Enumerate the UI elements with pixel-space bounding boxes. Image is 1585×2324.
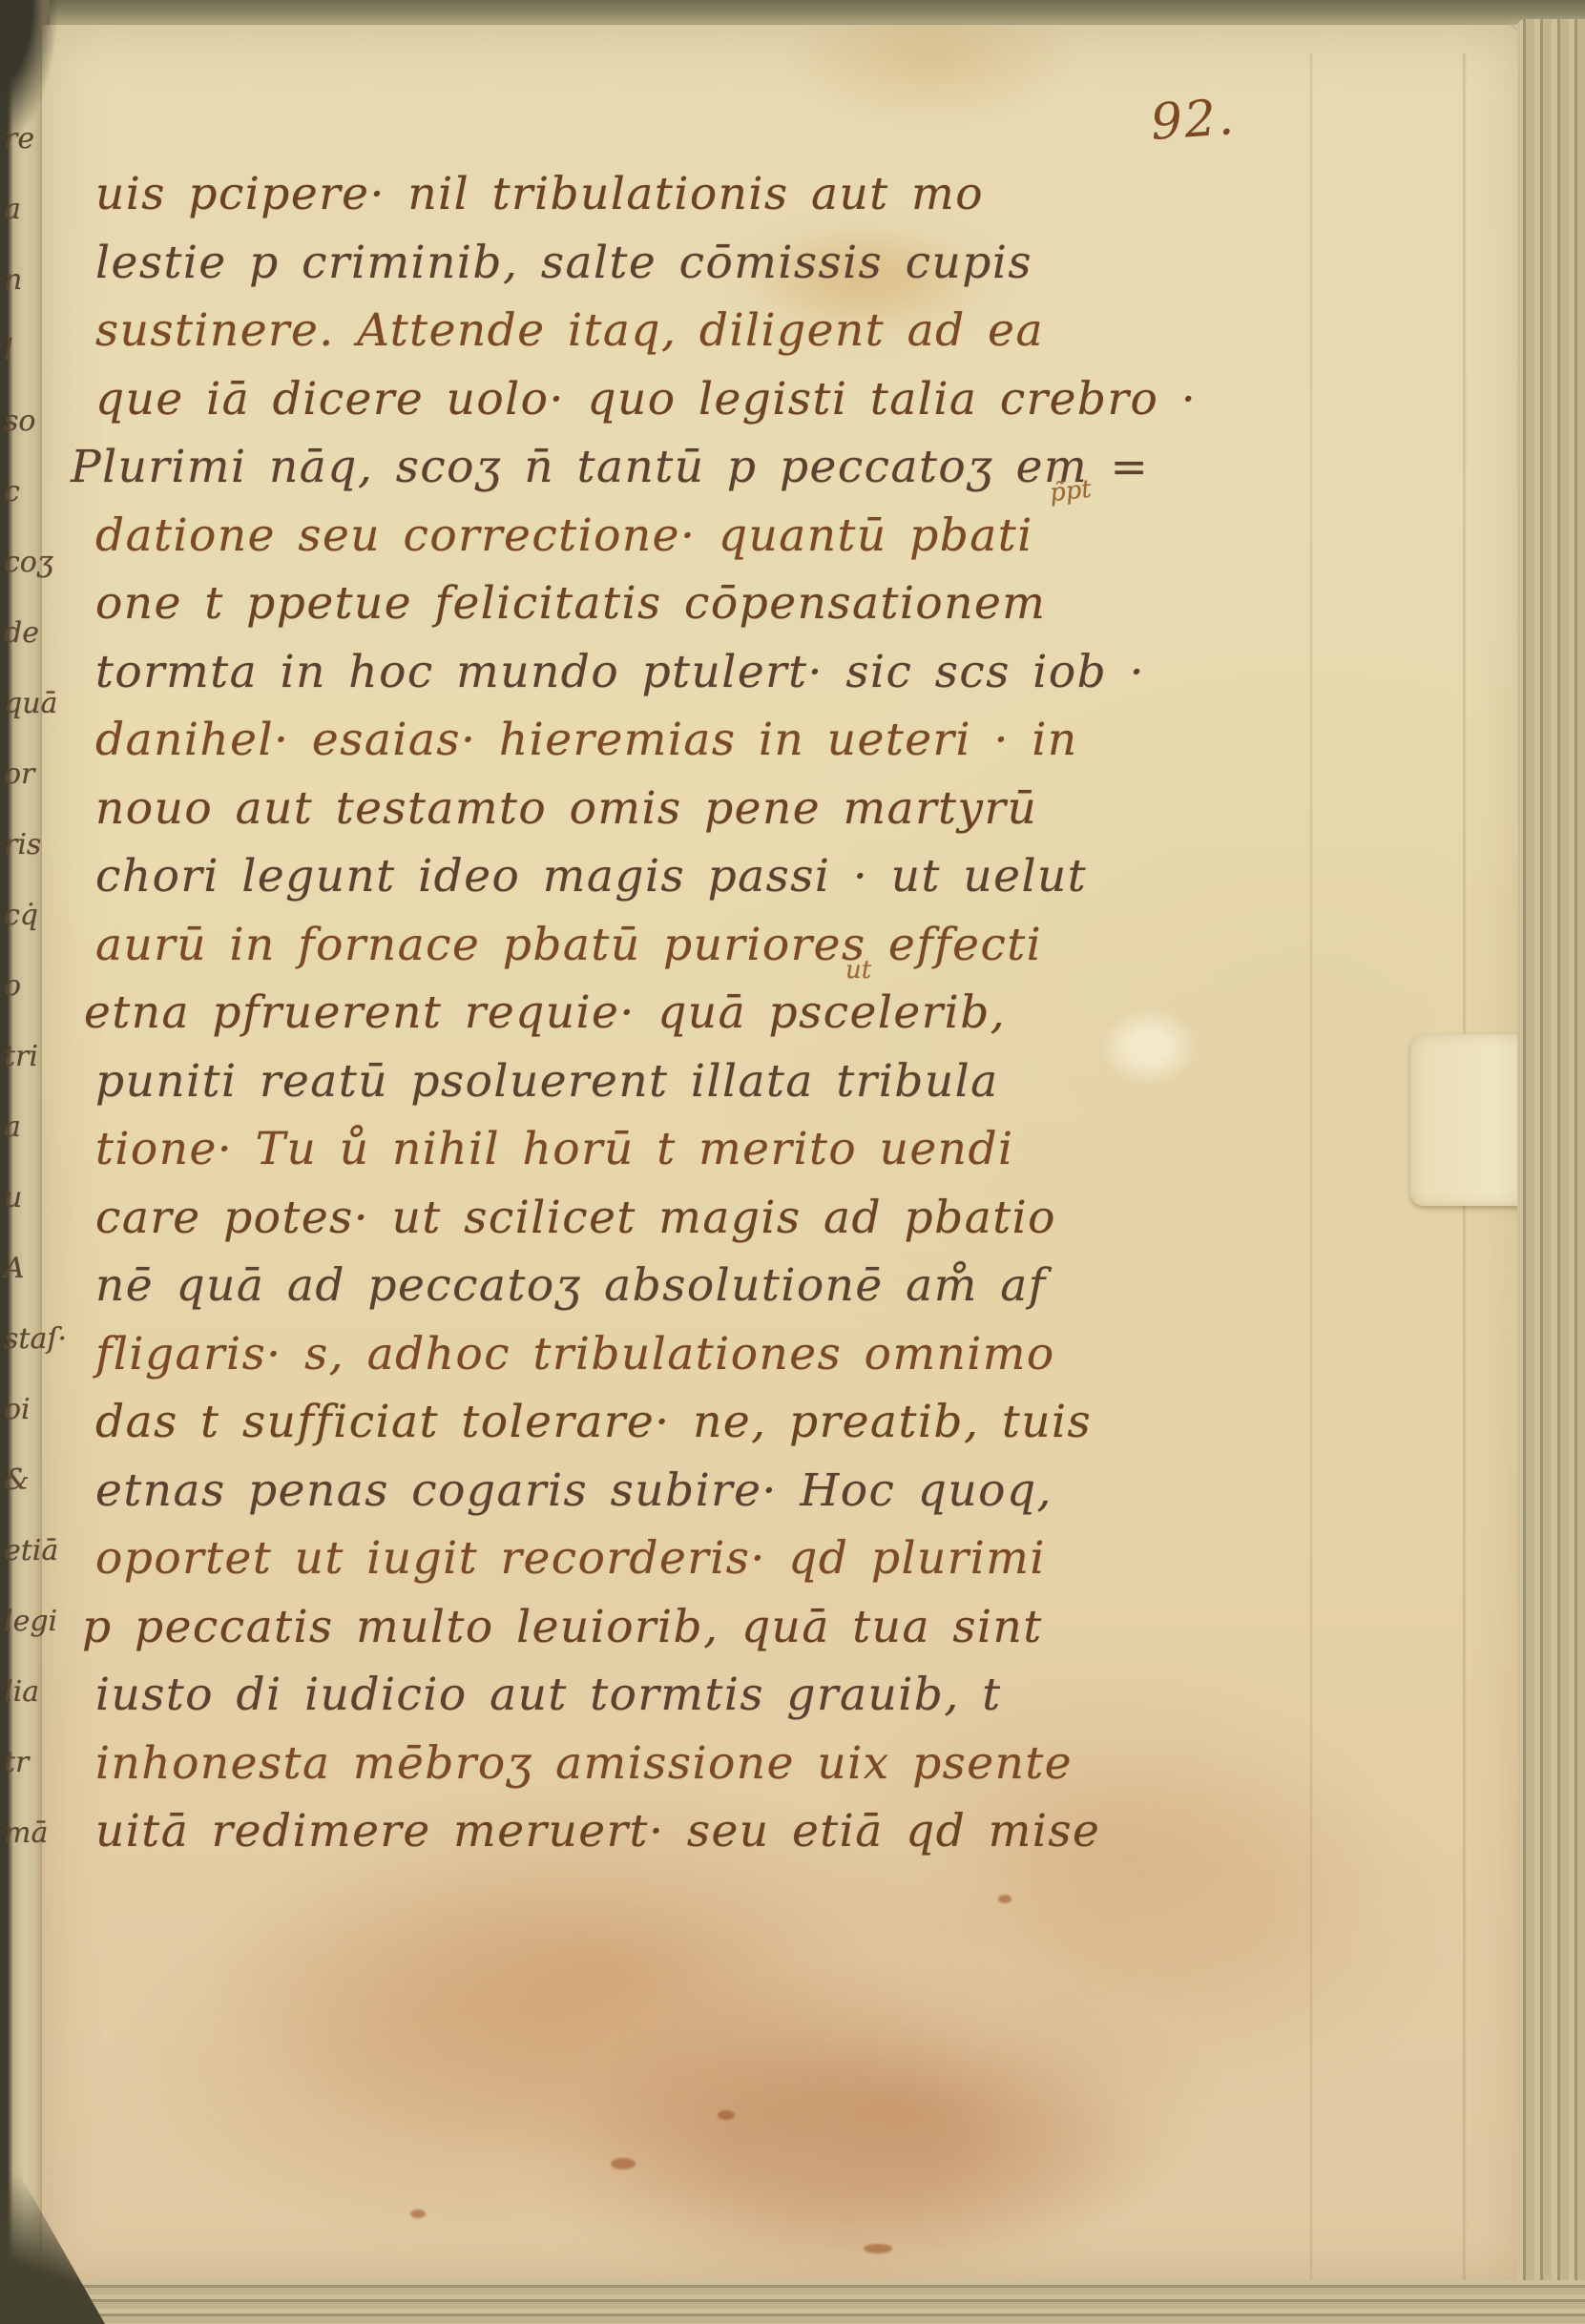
margin-fragment: staſ· [4, 1322, 67, 1356]
text-line: etnas penas cogaris subire· Hoc quoq, [95, 1457, 1336, 1525]
margin-fragment: mā [4, 1816, 48, 1850]
manuscript-scan: 92. uis pcipere· nil tribulationis aut m… [0, 0, 1585, 2324]
margin-fragment: ris [4, 828, 41, 861]
margin-fragment: cq̇ [4, 899, 38, 932]
margin-fragment: legi [4, 1605, 57, 1638]
text-line: inhonesta mēbroʒ amissione uix psente [95, 1730, 1336, 1798]
text-line: oportet ut iugit recorderis· qd plurimi [95, 1525, 1336, 1593]
margin-fragment: a [4, 1110, 21, 1144]
text-line: tione· Tu ů nihil horū t merito uendi [95, 1115, 1336, 1184]
margin-fragment: n [4, 263, 22, 297]
interlinear-gloss: ut [845, 956, 871, 985]
text-line: fligaris· s, adhoc tribulationes omnimo [95, 1320, 1336, 1389]
book-right-page-edges [1517, 19, 1585, 2324]
text-line: care potes· ut scilicet magis ad pbatio [95, 1184, 1336, 1253]
margin-fragment: or [4, 757, 34, 791]
text-line: tormta in hoc mundo ptulert· sic scs iob… [95, 638, 1336, 707]
margin-fragment: tri [4, 1040, 38, 1073]
margin-fragment: de [4, 616, 39, 650]
text-line: que iā dicere uolo· quo legisti talia cr… [95, 365, 1336, 434]
margin-fragment: tr [4, 1746, 29, 1779]
text-line: das t sufficiat tolerare· ne, preatib, t… [95, 1388, 1336, 1457]
book-bottom-page-edges [38, 2280, 1585, 2324]
text-line: uitā redimere meruert· seu etiā qd mise [95, 1797, 1336, 1866]
margin-fragment: oi [4, 1393, 31, 1426]
text-line: p peccatis multo leuiorib, quā tua sint [82, 1593, 1336, 1662]
text-line: nouo aut testamto omis pene martyrū [95, 775, 1336, 843]
margin-fragment: coʒ [4, 546, 53, 579]
margin-fragment: re [4, 122, 34, 156]
text-line: chori legunt ideo magis passi · ut uelut [95, 842, 1336, 911]
text-line: uis pcipere· nil tribulationis aut mo [95, 160, 1336, 229]
interlinear-gloss: p̃pt [1049, 475, 1094, 508]
margin-fragment: u [4, 1181, 22, 1214]
text-line: aurū in fornace pbatū puriores effecti [95, 911, 1336, 980]
text-line: datione seu correctione· quantū pbati [95, 502, 1336, 571]
margin-fragment: c [4, 475, 20, 508]
margin-fragment: so [4, 405, 35, 438]
margin-fragment: etiā [4, 1534, 58, 1567]
text-line: etna pfruerent requie· quā pscelerib, [84, 979, 1336, 1048]
text-line: iusto di iudicio aut tormtis grauib, t [95, 1661, 1336, 1730]
rust-speck [864, 2244, 892, 2253]
text-line: Plurimi nāq, scoʒ n̄ tantū p peccatoʒ em… [71, 433, 1336, 502]
margin-fragment: & [4, 1463, 30, 1497]
text-line: one t ppetue felicitatis cōpensationem [95, 570, 1336, 638]
text-line: lestie p criminib, salte cōmissis cupis [95, 229, 1336, 298]
rust-speck [718, 2110, 735, 2120]
margin-fragment: lia [4, 1675, 39, 1709]
rust-speck [410, 2210, 426, 2218]
margin-fragment: quā [4, 687, 57, 720]
text-block: uis pcipere· nil tribulationis aut moles… [95, 160, 1336, 1866]
text-line: nē quā ad peccatoʒ absolutionē am̊ af [95, 1252, 1336, 1320]
margin-fragment: l [4, 334, 13, 367]
rust-speck [611, 2158, 636, 2169]
rust-speck [998, 1895, 1011, 1903]
margin-fragment: A [4, 1252, 25, 1285]
margin-fragment: a [4, 193, 21, 226]
margin-fragment: o [4, 969, 21, 1003]
text-line: danihel· esaias· hieremias in ueteri · i… [95, 706, 1336, 775]
text-line: puniti reatū psoluerent illata tribula [95, 1048, 1336, 1116]
folio-number: 92. [1149, 89, 1238, 152]
text-line: sustinere. Attende itaq, diligent ad ea [95, 297, 1336, 365]
